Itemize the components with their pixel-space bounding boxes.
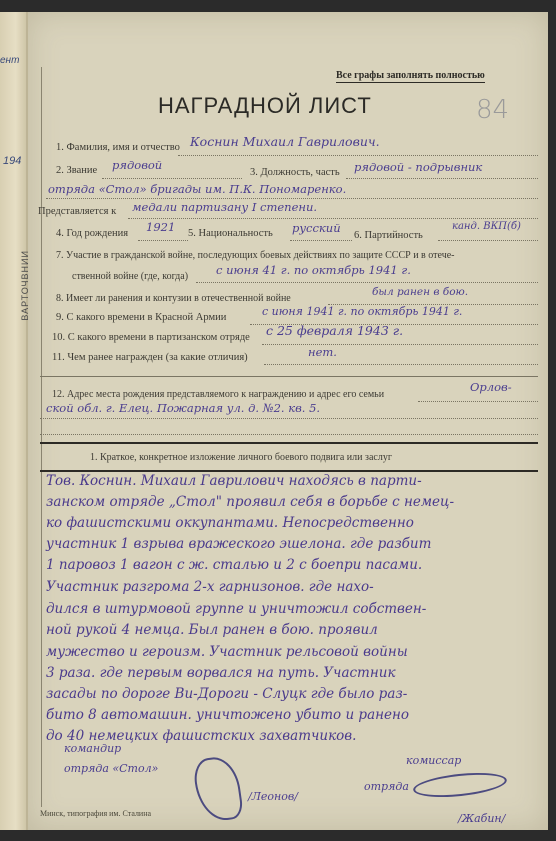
award-sheet: Все графы заполнять полностью НАГРАДНОЙ … xyxy=(28,12,548,830)
nominated-for-value: медали партизану I степени. xyxy=(132,200,317,214)
narrative-line: Участник разгрома 2-х гарнизонов. где на… xyxy=(46,579,374,595)
field-10-line xyxy=(262,344,538,345)
section-divider-top xyxy=(40,442,538,444)
fill-all-fields-note: Все графы заполнять полностью xyxy=(336,70,485,83)
field-11-value: нет. xyxy=(308,345,337,359)
commissar-title: комиссар xyxy=(406,754,461,767)
field-6-value: канд. ВКП(б) xyxy=(452,221,521,232)
narrative-line: бито 8 автомашин. уничтожено убито и ран… xyxy=(46,707,409,723)
field-11-line xyxy=(264,364,538,365)
narrative-line: 1 паровоз 1 вагон с ж. сталью и 2 с боеп… xyxy=(46,557,422,573)
narrative-line: дился в штурмовой группе и уничтожил соб… xyxy=(46,601,426,617)
field-3-line xyxy=(346,178,538,179)
field-12-line-2 xyxy=(40,418,538,419)
binder-spine xyxy=(0,12,26,830)
field-3-label: 3. Должность, часть xyxy=(250,167,340,178)
field-1-label: 1. Фамилия, имя и отчество xyxy=(56,142,180,153)
section-divider-bottom xyxy=(40,470,538,472)
field-3-value-continued: отряда «Стол» бригады им. П.К. Пономарен… xyxy=(48,182,346,196)
field-11-line-2 xyxy=(40,376,538,377)
field-5-label: 5. Национальность xyxy=(188,228,273,239)
field-9-value: с июня 1941 г. по октябрь 1941 г. xyxy=(262,305,462,318)
field-7-label-line2: ственной войне (где, когда) xyxy=(72,271,188,282)
commander-unit: отряда «Стол» xyxy=(64,762,158,775)
field-4-value: 1921 xyxy=(146,220,175,234)
page-number: 84 xyxy=(476,95,509,125)
printer-imprint: Минск, типография им. Сталина xyxy=(40,809,151,818)
narrative-line: 3 раза. где первым ворвался на путь. Уча… xyxy=(46,665,396,681)
narrative-line: ко фашистскими оккупантами. Непосредстве… xyxy=(46,515,414,531)
commissar-unit: отряда xyxy=(364,780,409,793)
commander-signature xyxy=(192,754,244,824)
commander-name: /Леонов/ xyxy=(248,790,298,803)
field-5-value: русский xyxy=(292,221,341,235)
field-7-line xyxy=(196,282,538,283)
narrative-line: ной рукой 4 немца. Был ранен в бою. проя… xyxy=(46,622,378,638)
nominated-for-line xyxy=(128,218,538,219)
spine-handwriting: ент xyxy=(0,55,19,66)
field-8-value: был ранен в бою. xyxy=(372,286,468,298)
field-8-label: 8. Имеет ли ранения и контузии в отечест… xyxy=(56,293,291,304)
narrative-line: Тов. Коснин. Михаил Гаврилович находясь … xyxy=(46,473,422,489)
narrative-line: мужество и героизм. Участник рельсовой в… xyxy=(46,644,408,660)
field-7-value: с июня 41 г. по октябрь 1941 г. xyxy=(216,263,411,277)
field-4-line xyxy=(138,240,188,241)
commissar-name: /Жабин/ xyxy=(458,812,505,825)
field-9-label: 9. С какого времени в Красной Армии xyxy=(56,312,226,323)
margin-line xyxy=(41,67,42,807)
field-1-value: Коснин Михаил Гаврилович. xyxy=(190,134,380,149)
field-12-line xyxy=(418,401,538,402)
nominated-for-label: Представляется к xyxy=(38,206,116,217)
field-10-label: 10. С какого времени в партизанском отря… xyxy=(52,332,250,343)
spine-handwriting-year: 194 xyxy=(3,155,21,167)
narrative-line: засады по дороге Ви-Дороги - Слуцк где б… xyxy=(46,686,407,702)
field-12-value-continued: ской обл. г. Елец. Пожарная ул. д. №2. к… xyxy=(46,401,320,415)
page-title: НАГРАДНОЙ ЛИСТ xyxy=(158,93,372,119)
field-12-label: 12. Адрес места рождения представляемого… xyxy=(52,389,384,400)
field-5-line xyxy=(290,240,352,241)
narrative-line: занском отряде „Стол" проявил себя в бор… xyxy=(46,494,454,510)
field-6-label: 6. Партийность xyxy=(354,230,423,241)
field-6-line xyxy=(438,240,538,241)
field-2-label: 2. Звание xyxy=(56,165,97,176)
field-12-value: Орлов- xyxy=(470,380,512,394)
field-4-label: 4. Год рождения xyxy=(56,228,128,239)
section-heading: 1. Краткое, конкретное изложение личного… xyxy=(90,452,392,463)
commander-title: командир xyxy=(64,742,121,755)
narrative-line: участник 1 взрыва вражеского эшелона. гд… xyxy=(46,536,431,552)
field-7-label-line1: 7. Участие в гражданской войне, последую… xyxy=(56,250,455,261)
field-2-value: рядовой xyxy=(112,158,162,172)
field-1-line xyxy=(178,155,538,156)
field-3-line-2 xyxy=(46,198,538,199)
commissar-signature xyxy=(412,769,508,801)
field-10-value: с 25 февраля 1943 г. xyxy=(266,323,403,338)
field-12-line-3 xyxy=(40,434,538,435)
field-11-label: 11. Чем ранее награжден (за какие отличи… xyxy=(52,352,248,363)
field-2-line xyxy=(102,178,242,179)
field-3-value: рядовой - подрывник xyxy=(354,160,482,174)
